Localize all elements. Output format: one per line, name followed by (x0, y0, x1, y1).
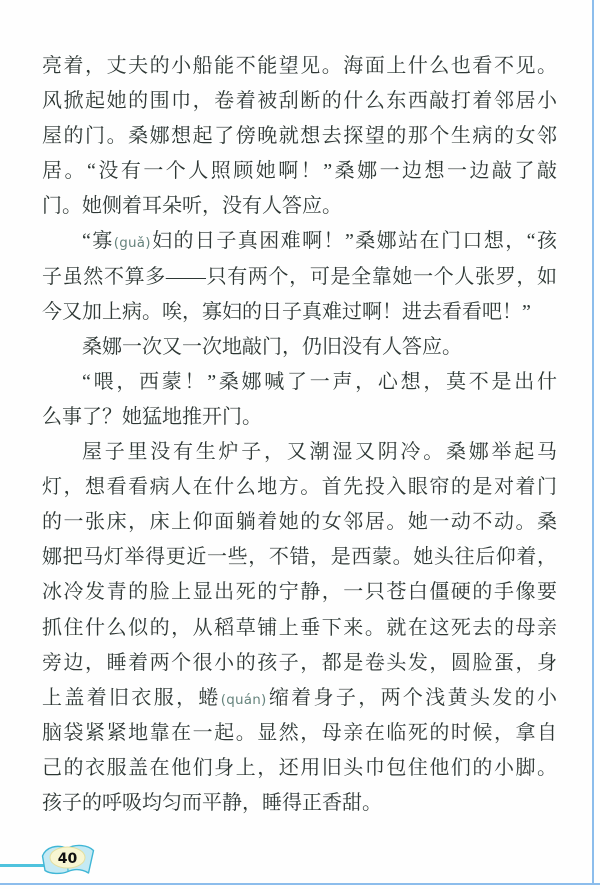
paragraph: 屋子里没有生炉子，又潮湿又阴冷。桑娜举起马灯，想看看病人在什么地方。首先投入眼帘… (42, 435, 557, 821)
text-line: 今又加上病。唉，寡妇的日子真难过啊！进去看看吧！” (42, 295, 557, 330)
page-number-badge: 40 (40, 840, 96, 878)
open-book-icon: 40 (40, 840, 96, 878)
pinyin-annotation: (guǎ) (114, 235, 151, 251)
text-line: 屋的门。桑娜想起了傍晚就想去探望的那个生病的女邻 (42, 119, 557, 154)
text-line: 屋子里没有生炉子，又潮湿又阴冷。桑娜举起马 (42, 435, 557, 470)
text-line: 的一张床，床上仰面躺着她的女邻居。她一动不动。桑 (42, 505, 557, 540)
text-line: 上盖着旧衣服，蜷(quán)缩着身子，两个浅黄头发的小 (42, 681, 557, 716)
paragraph: “喂，西蒙！”桑娜喊了一声，心想，莫不是出什么事了？她猛地推开门。 (42, 365, 557, 435)
text-line: 子虽然不算多——只有两个，可是全靠她一个人张罗，如 (42, 260, 557, 295)
page-frame-bottom-border (0, 883, 600, 885)
text-line: 抓住什么似的，从稻草铺上垂下来。就在这死去的母亲 (42, 611, 557, 646)
text-run: 屋的门。桑娜想起了傍晚就想去探望的那个生病的女邻 (42, 125, 557, 147)
textbook-page: 亮着，丈夫的小船能不能望见。海面上什么也看不见。风掀起她的围巾，卷着被刮断的什么… (0, 0, 600, 889)
text-run: 冰冷发青的脸上显出死的宁静，一只苍白僵硬的手像要 (42, 581, 557, 603)
text-run: 居。“没有一个人照顾她啊！”桑娜一边想一边敲了敲 (42, 160, 557, 182)
text-line: “寡(guǎ)妇的日子真困难啊！”桑娜站在门口想，“孩 (42, 224, 557, 259)
text-line: 风掀起她的围巾，卷着被刮断的什么东西敲打着邻居小 (42, 84, 557, 119)
text-run: 亮着，丈夫的小船能不能望见。海面上什么也看不见。 (42, 55, 557, 77)
paragraph: 桑娜一次又一次地敲门，仍旧没有人答应。 (42, 330, 557, 365)
text-run: 今又加上病。唉，寡妇的日子真难过啊！进去看看吧！” (42, 301, 531, 323)
text-line: 亮着，丈夫的小船能不能望见。海面上什么也看不见。 (42, 49, 557, 84)
text-line: 孩子的呼吸均匀而平静，睡得正香甜。 (42, 786, 557, 821)
text-run: “寡 (82, 230, 114, 252)
text-line: 旁边，睡着两个很小的孩子，都是卷头发，圆脸蛋，身 (42, 646, 557, 681)
text-line: 门。她侧着耳朵听，没有人答应。 (42, 189, 557, 224)
page-frame-right-border (592, 0, 594, 885)
text-line: “喂，西蒙！”桑娜喊了一声，心想，莫不是出什 (42, 365, 557, 400)
text-run: 孩子的呼吸均匀而平静，睡得正香甜。 (42, 792, 382, 814)
text-run: 桑娜一次又一次地敲门，仍旧没有人答应。 (82, 336, 462, 358)
text-run: 子虽然不算多——只有两个，可是全靠她一个人张罗，如 (42, 266, 557, 288)
text-run: 妇的日子真困难啊！”桑娜站在门口想，“孩 (151, 230, 557, 252)
text-run: 风掀起她的围巾，卷着被刮断的什么东西敲打着邻居小 (42, 90, 557, 112)
text-run: 旁边，睡着两个很小的孩子，都是卷头发，圆脸蛋，身 (42, 652, 557, 674)
text-line: 灯，想看看病人在什么地方。首先投入眼帘的是对着门 (42, 470, 557, 505)
text-run: “喂，西蒙！”桑娜喊了一声，心想，莫不是出什 (82, 371, 557, 393)
text-run: 屋子里没有生炉子，又潮湿又阴冷。桑娜举起马 (82, 441, 557, 463)
paragraph: 亮着，丈夫的小船能不能望见。海面上什么也看不见。风掀起她的围巾，卷着被刮断的什么… (42, 49, 557, 224)
text-run: 娜把马灯举得更近一些，不错，是西蒙。她头往后仰着， (42, 546, 557, 568)
text-line: 么事了？她猛地推开门。 (42, 400, 557, 435)
text-run: 己的衣服盖在他们身上，还用旧头巾包住他们的小脚。 (42, 757, 557, 779)
text-line: 己的衣服盖在他们身上，还用旧头巾包住他们的小脚。 (42, 751, 557, 786)
text-run: 缩着身子，两个浅黄头发的小 (266, 687, 557, 709)
text-run: 的一张床，床上仰面躺着她的女邻居。她一动不动。桑 (42, 511, 557, 533)
body-text: 亮着，丈夫的小船能不能望见。海面上什么也看不见。风掀起她的围巾，卷着被刮断的什么… (42, 49, 557, 821)
text-run: 上盖着旧衣服，蜷 (42, 687, 221, 709)
text-run: 么事了？她猛地推开门。 (42, 406, 262, 428)
pinyin-annotation: (quán) (221, 692, 267, 708)
text-line: 娜把马灯举得更近一些，不错，是西蒙。她头往后仰着， (42, 540, 557, 575)
text-run: 脑袋紧紧地靠在一起。显然，母亲在临死的时候，拿自 (42, 722, 557, 744)
text-run: 抓住什么似的，从稻草铺上垂下来。就在这死去的母亲 (42, 617, 557, 639)
text-line: 居。“没有一个人照顾她啊！”桑娜一边想一边敲了敲 (42, 154, 557, 189)
text-line: 冰冷发青的脸上显出死的宁静，一只苍白僵硬的手像要 (42, 575, 557, 610)
paragraph: “寡(guǎ)妇的日子真困难啊！”桑娜站在门口想，“孩子虽然不算多——只有两个，… (42, 224, 557, 329)
text-run: 门。她侧着耳朵听，没有人答应。 (42, 195, 342, 217)
page-number: 40 (58, 851, 78, 867)
text-run: 灯，想看看病人在什么地方。首先投入眼帘的是对着门 (42, 476, 557, 498)
text-line: 脑袋紧紧地靠在一起。显然，母亲在临死的时候，拿自 (42, 716, 557, 751)
text-line: 桑娜一次又一次地敲门，仍旧没有人答应。 (42, 330, 557, 365)
